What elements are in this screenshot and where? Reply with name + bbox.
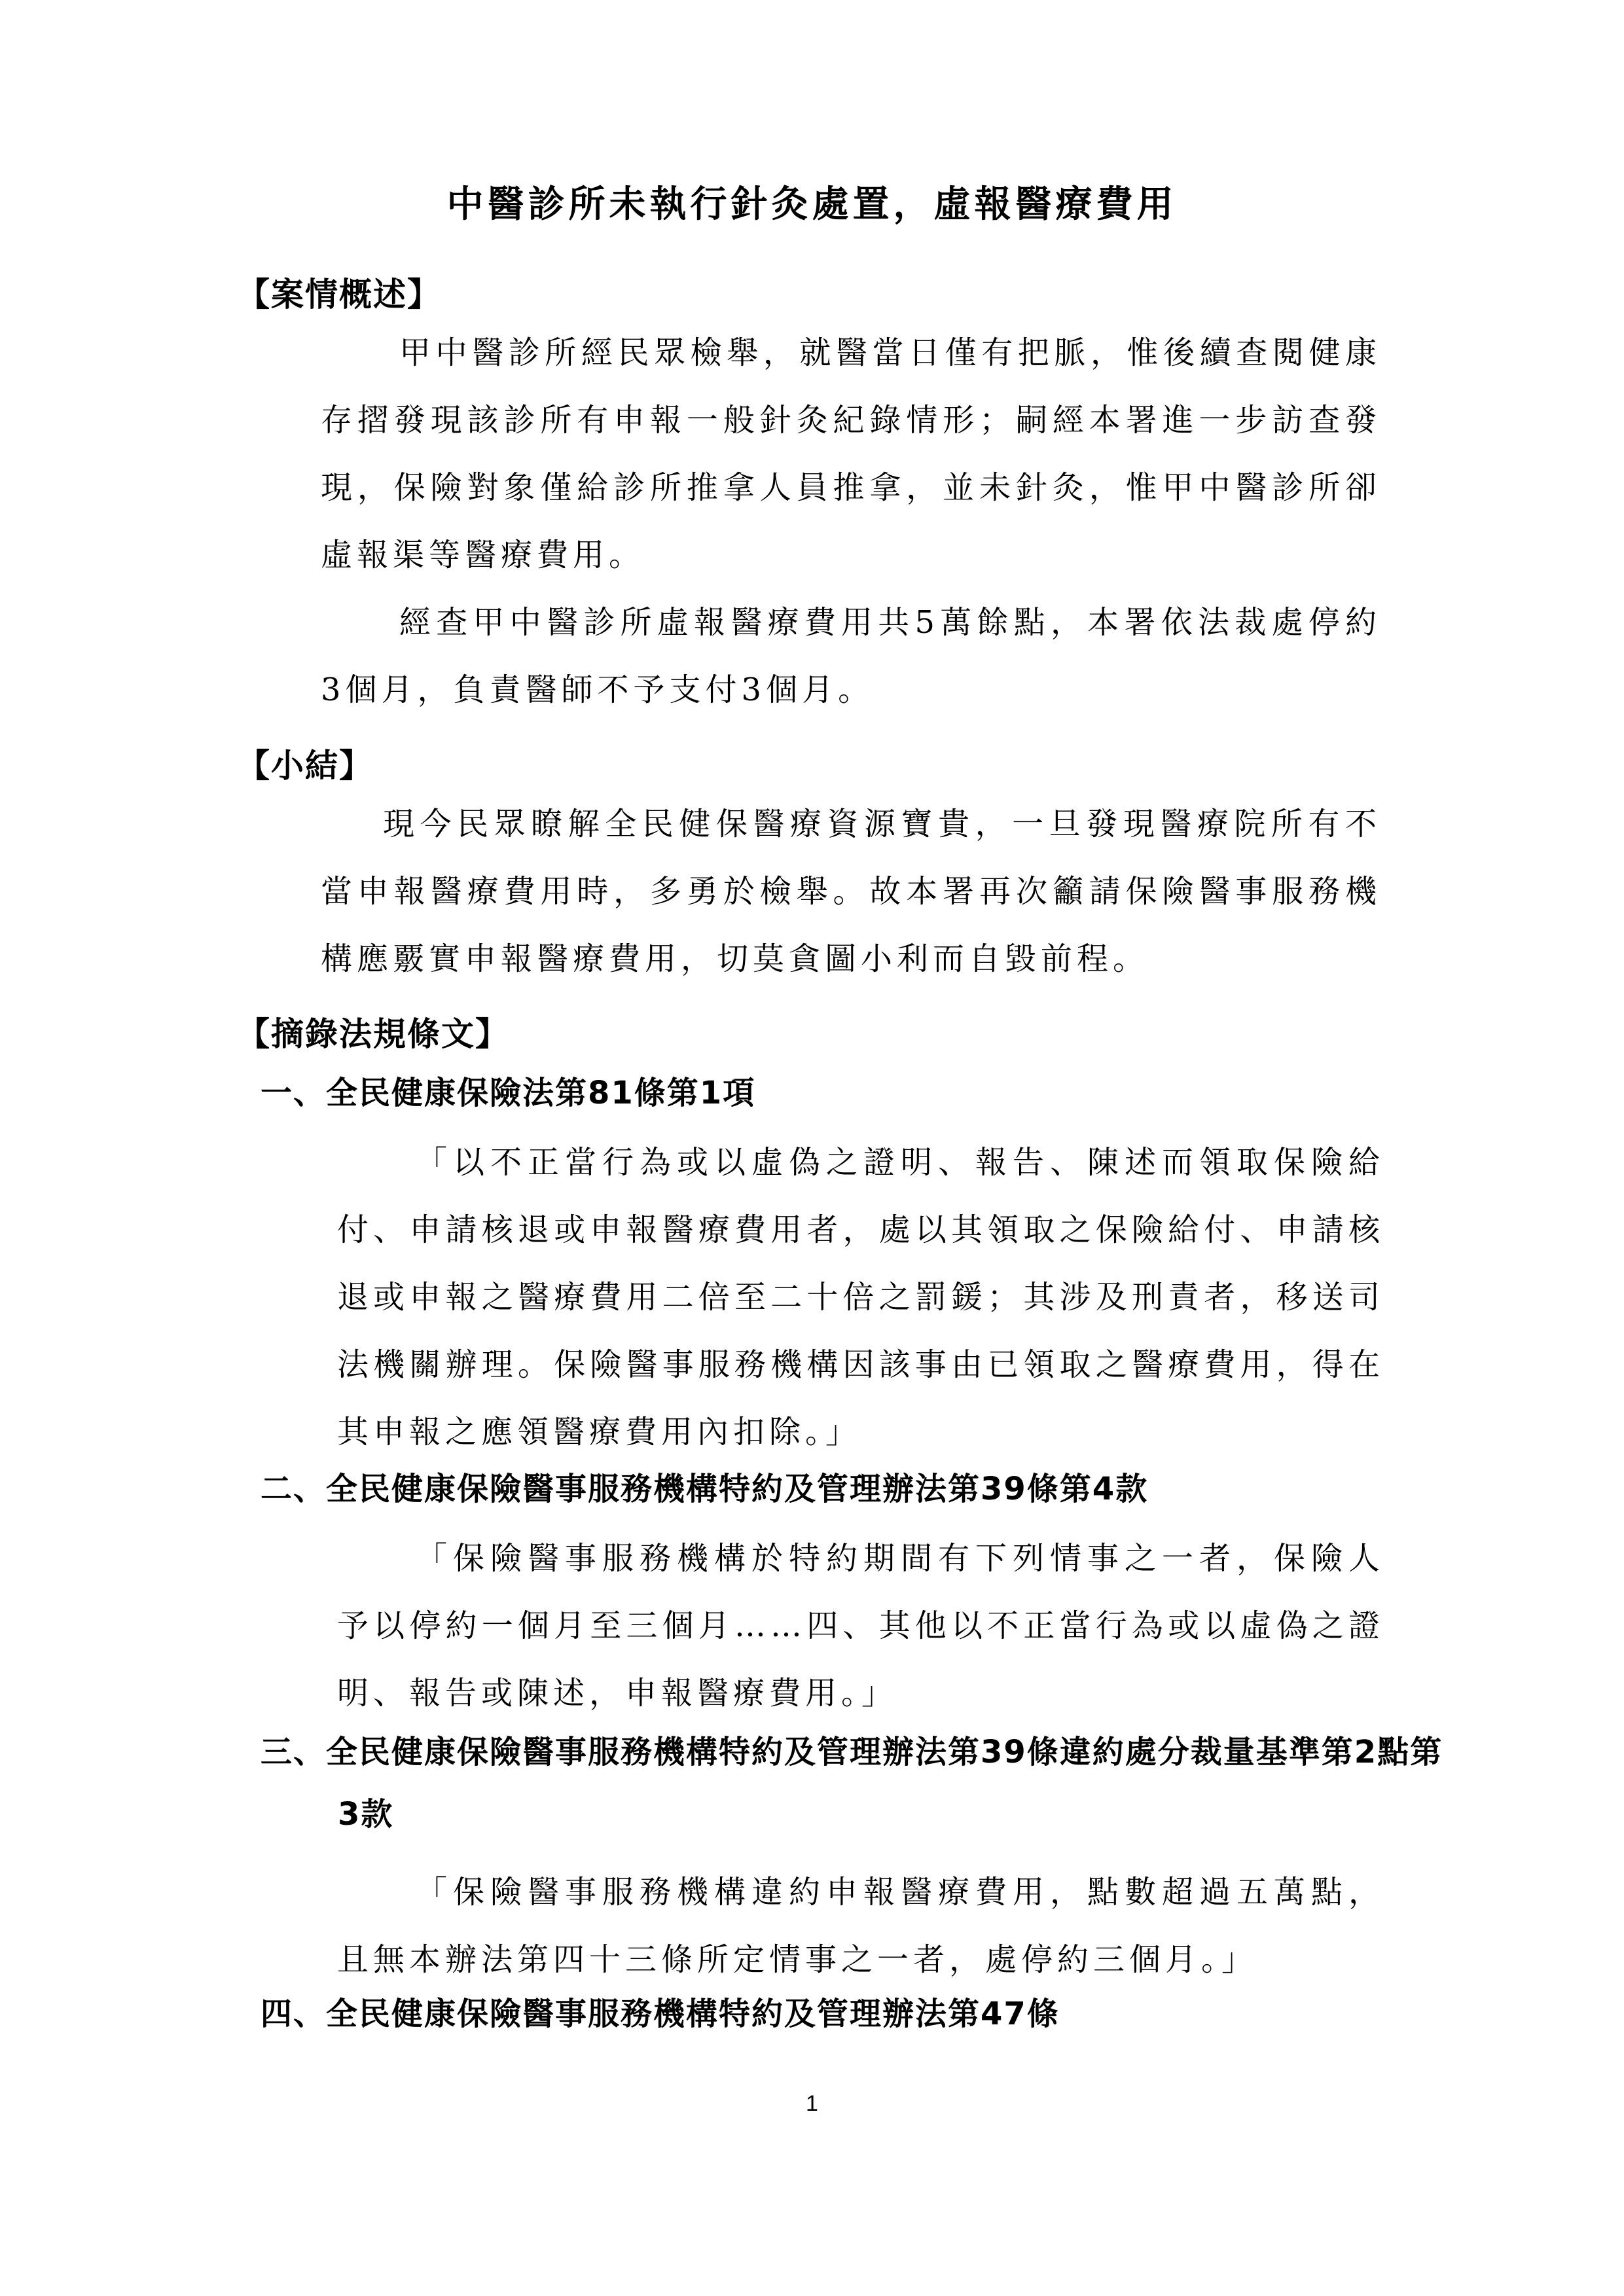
document-title: 中醫診所未執行針灸處置，虛報醫療費用: [0, 175, 1624, 228]
law-item-3-text: 「保險醫事服務機構違約申報醫療費用，點數超過五萬點，且無本辦法第四十三條所定情事…: [337, 1859, 1384, 1994]
law-item-1-heading: 一、全民健康保險法第81條第1項: [261, 1062, 1464, 1124]
law-item-2-heading: 二、全民健康保險醫事服務機構特約及管理辦法第39條第4款: [261, 1458, 1464, 1520]
case-summary-paragraph-2: 經查甲中醫診所虛報醫療費用共5萬餘點，本署依法裁處停約3個月，負責醫師不予支付3…: [321, 589, 1381, 724]
law-item-1-text: 「以不正當行為或以虛偽之證明、報告、陳述而領取保險給付、申請核退或申報醫療費用者…: [337, 1129, 1384, 1466]
law-item-3-heading: 三、全民健康保險醫事服務機構特約及管理辦法第39條違約處分裁量基準第2點第3款: [261, 1721, 1464, 1846]
law-item-2-text: 「保險醫事服務機構於特約期間有下列情事之一者，保險人予以停約一個月至三個月……四…: [337, 1525, 1384, 1727]
section-heading-summary: 【小結】: [237, 740, 373, 787]
case-summary-paragraph-1: 甲中醫診所經民眾檢舉，就醫當日僅有把脈，惟後續查閱健康存摺發現該診所有申報一般針…: [321, 319, 1381, 589]
page-number: 1: [0, 2091, 1624, 2117]
law-item-4-heading: 四、全民健康保險醫事服務機構特約及管理辦法第47條: [261, 1983, 1464, 2045]
section-heading-case-summary: 【案情概述】: [237, 268, 441, 315]
summary-paragraph: 現今民眾瞭解全民健保醫療資源寶貴，一旦發現醫療院所有不當申報醫療費用時，多勇於檢…: [321, 791, 1381, 993]
section-heading-laws: 【摘錄法規條文】: [237, 1008, 509, 1055]
